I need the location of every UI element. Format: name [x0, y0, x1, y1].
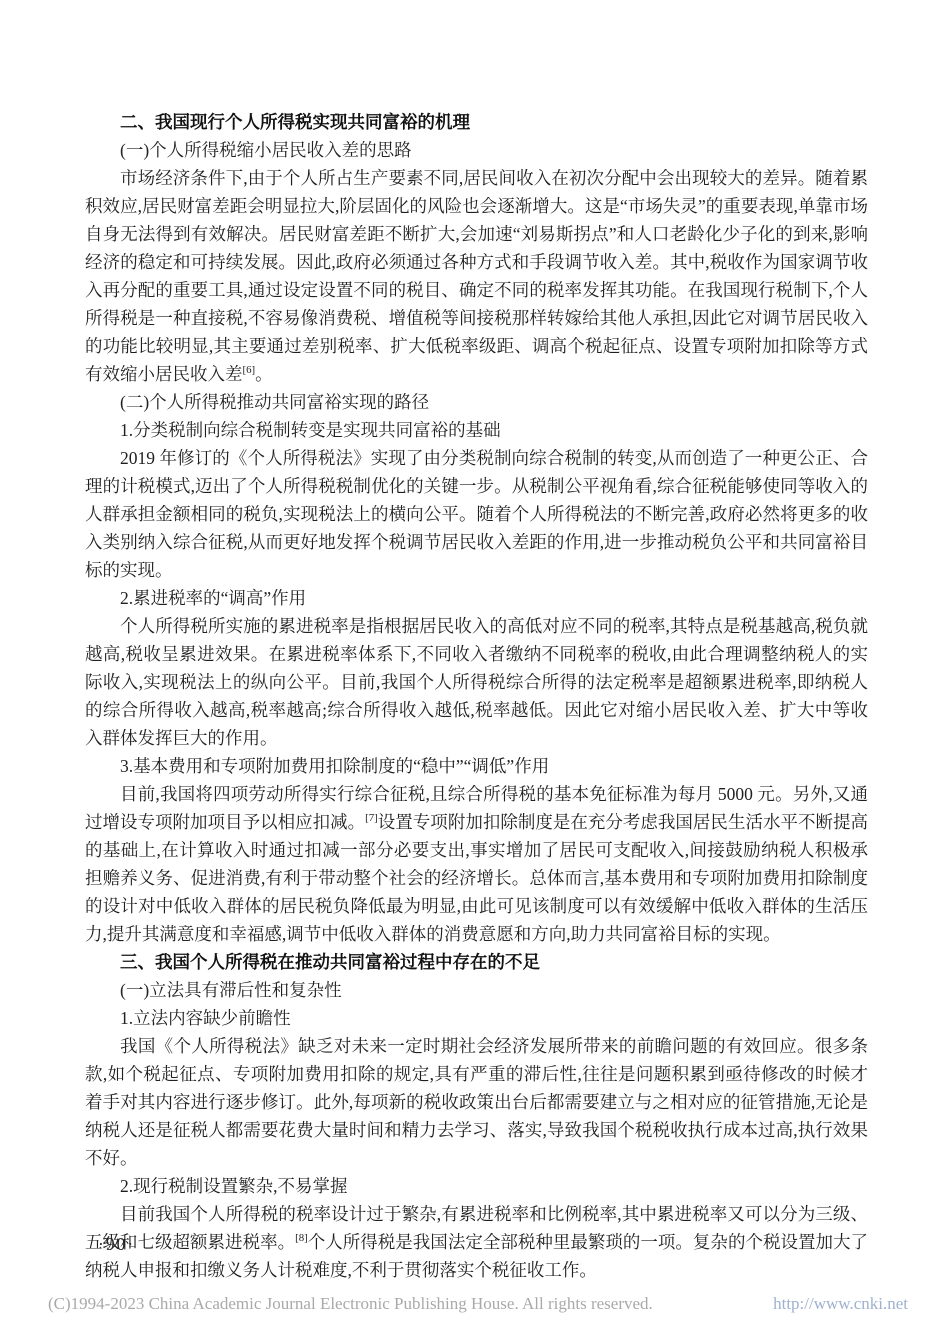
footer-copyright: (C)1994-2023 China Academic Journal Elec…: [48, 1292, 653, 1316]
subsection-heading: (一)个人所得税缩小居民收入差的思路: [85, 136, 868, 164]
paragraph-text: 市场经济条件下,由于个人所占生产要素不同,居民间收入在初次分配中会出现较大的差异…: [85, 168, 868, 384]
subsection-heading: (二)个人所得税推动共同富裕实现的路径: [85, 388, 868, 416]
paragraph-text: 。: [255, 364, 273, 384]
footnote-ref: [6]: [243, 364, 256, 376]
article-body: 二、我国现行个人所得税实现共同富裕的机理 (一)个人所得税缩小居民收入差的思路 …: [85, 108, 868, 1284]
body-paragraph: 2019 年修订的《个人所得税法》实现了由分类税制向综合税制的转变,从而创造了一…: [85, 444, 868, 584]
numbered-subheading: 2.现行税制设置繁杂,不易掌握: [85, 1172, 868, 1200]
document-page: 二、我国现行个人所得税实现共同富裕的机理 (一)个人所得税缩小居民收入差的思路 …: [0, 0, 950, 1344]
body-paragraph: 目前,我国将四项劳动所得实行综合征税,且综合所得税的基本免征标准为每月 5000…: [85, 780, 868, 948]
body-paragraph: 个人所得税所实施的累进税率是指根据居民收入的高低对应不同的税率,其特点是税基越高…: [85, 612, 868, 752]
body-paragraph: 我国《个人所得税法》缺乏对未来一定时期社会经济发展所带来的前瞻问题的有效回应。很…: [85, 1032, 868, 1172]
numbered-subheading: 1.分类税制向综合税制转变是实现共同富裕的基础: [85, 416, 868, 444]
footnote-ref: [7]: [365, 812, 378, 824]
section-heading: 三、我国个人所得税在推动共同富裕过程中存在的不足: [85, 948, 868, 976]
section-heading: 二、我国现行个人所得税实现共同富裕的机理: [85, 108, 868, 136]
footer-url: http://www.cnki.net: [773, 1292, 908, 1316]
page-number: ·90·: [98, 1230, 135, 1258]
subsection-heading: (一)立法具有滞后性和复杂性: [85, 976, 868, 1004]
body-paragraph: 市场经济条件下,由于个人所占生产要素不同,居民间收入在初次分配中会出现较大的差异…: [85, 164, 868, 388]
numbered-subheading: 2.累进税率的“调高”作用: [85, 584, 868, 612]
cnki-footer: (C)1994-2023 China Academic Journal Elec…: [48, 1292, 908, 1316]
numbered-subheading: 1.立法内容缺少前瞻性: [85, 1004, 868, 1032]
numbered-subheading: 3.基本费用和专项附加费用扣除制度的“稳中”“调低”作用: [85, 752, 868, 780]
footnote-ref: [8]: [295, 1232, 308, 1244]
body-paragraph: 目前我国个人所得税的税率设计过于繁杂,有累进税率和比例税率,其中累进税率又可以分…: [85, 1200, 868, 1284]
